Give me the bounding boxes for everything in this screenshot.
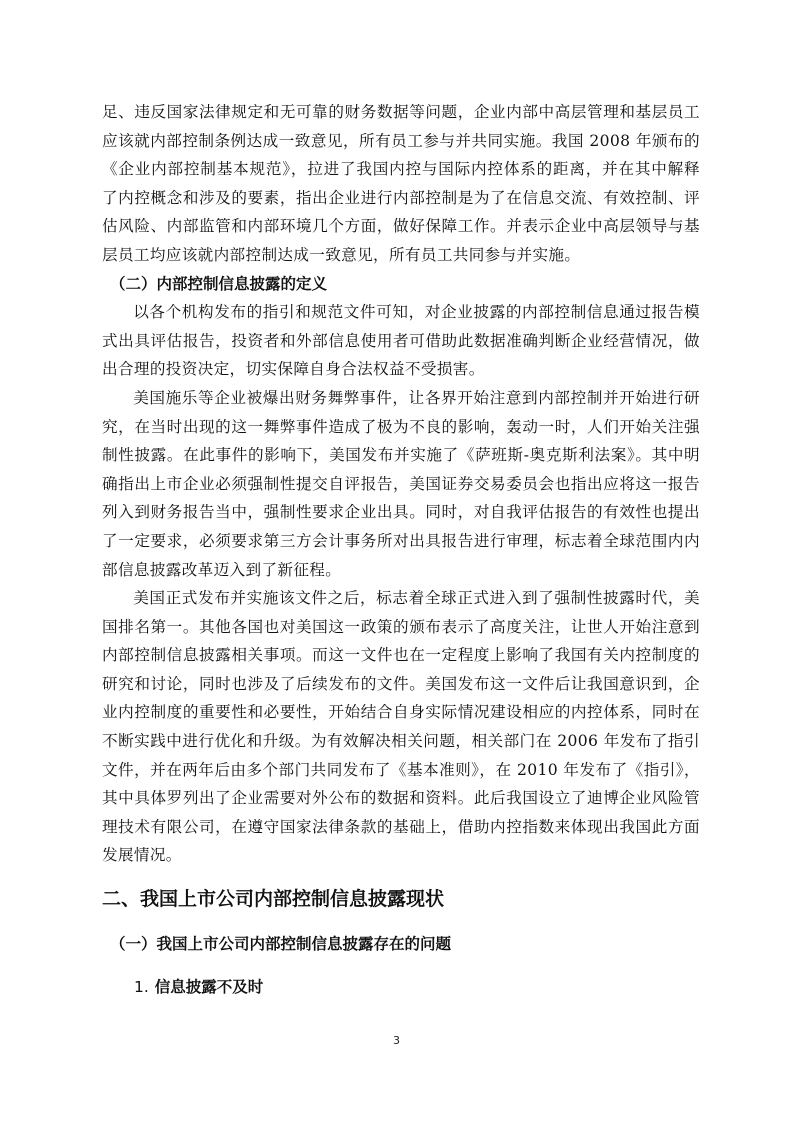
heading-chapter-current-status: 二、我国上市公司内部控制信息披露现状 xyxy=(102,885,700,913)
list-number: 1. xyxy=(134,978,149,996)
paragraph-sox-background: 美国施乐等企业被爆出财务舞弊事件，让各界开始注意到内部控制并开始进行研究，在当时… xyxy=(102,384,700,584)
heading-disclosure-definition: （二）内部控制信息披露的定义 xyxy=(102,270,700,299)
heading-untimely-disclosure-text: 信息披露不及时 xyxy=(155,978,264,996)
document-page: 足、违反国家法律规定和无可靠的财务数据等问题，企业内部中高层管理和基层员工应该就… xyxy=(102,98,700,1001)
heading-untimely-disclosure: 1.信息披露不及时 xyxy=(102,973,700,1001)
heading-existing-problems: （一）我国上市公司内部控制信息披露存在的问题 xyxy=(102,930,700,958)
paragraph-internal-control-norms: 足、违反国家法律规定和无可靠的财务数据等问题，企业内部中高层管理和基层员工应该就… xyxy=(102,98,700,270)
paragraph-definition: 以各个机构发布的指引和规范文件可知，对企业披露的内部控制信息通过报告模式出具评估… xyxy=(102,298,700,384)
paragraph-mandatory-disclosure-era: 美国正式发布并实施该文件之后，标志着全球正式进入到了强制性披露时代，美国排名第一… xyxy=(102,584,700,870)
page-number: 3 xyxy=(0,1034,793,1047)
